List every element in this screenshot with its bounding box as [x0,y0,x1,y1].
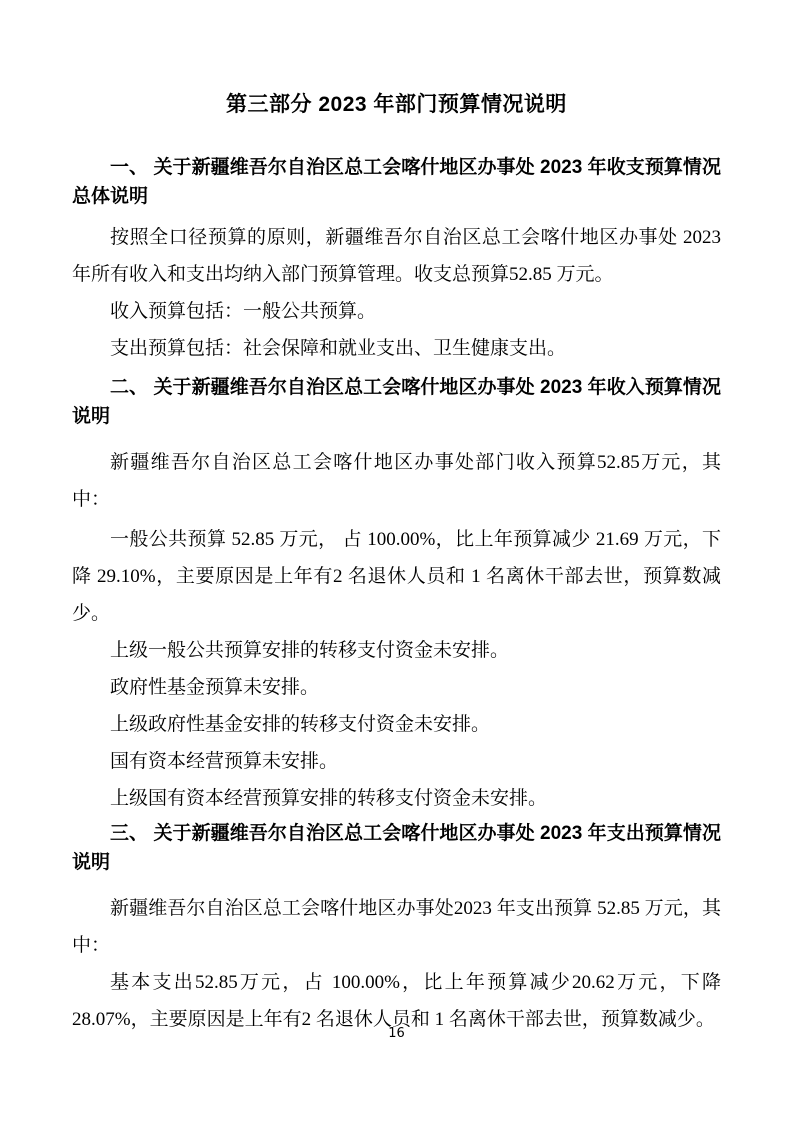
section-1-paragraph-3: 支出预算包括：社会保障和就业支出、卫生健康支出。 [72,330,721,367]
section-2-paragraph-3: 上级一般公共预算安排的转移支付资金未安排。 [72,632,721,669]
document-page: { "page": { "title": "第三部分 2023 年部门预算情况说… [0,0,793,1122]
page-title: 第三部分 2023 年部门预算情况说明 [72,90,721,120]
section-1-paragraph-1: 按照全口径预算的原则，新疆维吾尔自治区总工会喀什地区办事处 2023 年所有收入… [72,219,721,293]
section-1-heading: 一、 关于新疆维吾尔自治区总工会喀什地区办事处 2023 年收支预算情况总体说明 [72,153,721,211]
section-2-paragraph-1: 新疆维吾尔自治区总工会喀什地区办事处部门收入预算52.85万元，其中： [72,444,721,518]
section-2-paragraph-2: 一般公共预算 52.85 万元， 占 100.00%，比上年预算减少 21.69… [72,521,721,632]
section-1-paragraph-2: 收入预算包括：一般公共预算。 [72,293,721,330]
document-content: 第三部分 2023 年部门预算情况说明 一、 关于新疆维吾尔自治区总工会喀什地区… [0,90,793,1038]
section-3-heading: 三、 关于新疆维吾尔自治区总工会喀什地区办事处 2023 年支出预算情况说明 [72,819,721,877]
section-2-paragraph-6: 国有资本经营预算未安排。 [72,743,721,780]
section-2-heading: 二、 关于新疆维吾尔自治区总工会喀什地区办事处 2023 年收入预算情况说明 [72,373,721,431]
section-3-paragraph-1: 新疆维吾尔自治区总工会喀什地区办事处2023 年支出预算 52.85 万元，其中… [72,890,721,964]
page-number: 16 [0,1026,793,1042]
section-2-paragraph-5: 上级政府性基金安排的转移支付资金未安排。 [72,706,721,743]
section-2-paragraph-7: 上级国有资本经营预算安排的转移支付资金未安排。 [72,780,721,817]
section-2-paragraph-4: 政府性基金预算未安排。 [72,669,721,706]
